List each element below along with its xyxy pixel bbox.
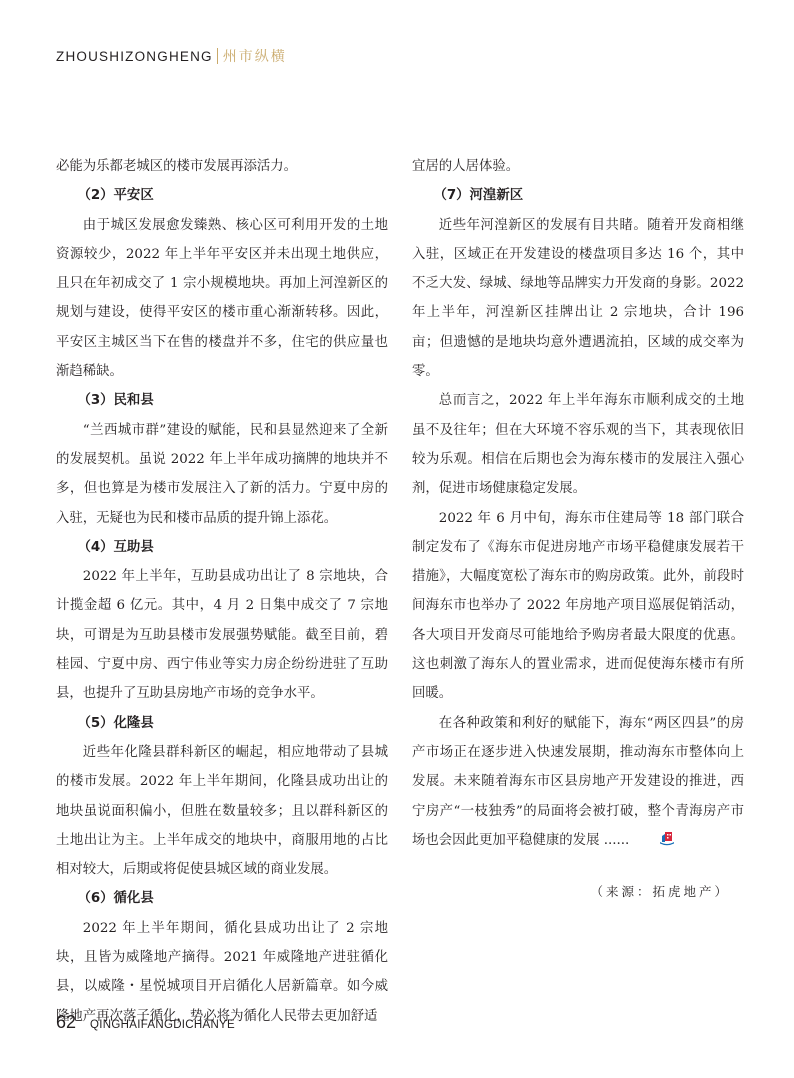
subheading-minhe: （3）民和县 bbox=[56, 386, 388, 415]
paragraph-text: 在各种政策和利好的赋能下，海东“两区四县”的房产市场正在逐步进入快速发展期，推动… bbox=[412, 716, 744, 848]
paragraph: 总而言之，2022 年上半年海东市顺利成交的土地虽不及往年；但在大环境不容乐观的… bbox=[412, 386, 744, 503]
paragraph: 2022 年 6 月中旬，海东市住建局等 18 部门联合制定发布了《海东市促进房… bbox=[412, 504, 744, 709]
subheading-xunhua: （6）循化县 bbox=[56, 884, 388, 913]
magazine-logo-icon bbox=[632, 828, 648, 844]
page-footer: 62 QINGHAIFANGDICHANYE bbox=[56, 1012, 235, 1033]
source-credit: （来源：拓虎地产） bbox=[412, 877, 744, 906]
paragraph: 宜居的人居体验。 bbox=[412, 152, 744, 181]
paragraph: 2022 年上半年，互助县成功出让了 8 宗地块，合计揽金超 6 亿元。其中，4… bbox=[56, 562, 388, 708]
subheading-huzhu: （4）互助县 bbox=[56, 533, 388, 562]
paragraph: “兰西城市群”建设的赋能，民和县显然迎来了全新的发展契机。虽说 2022 年上半… bbox=[56, 416, 388, 533]
paragraph: 近些年河湟新区的发展有目共睹。随着开发商相继入驻，区域正在开发建设的楼盘项目多达… bbox=[412, 211, 744, 387]
header-divider bbox=[217, 48, 218, 64]
left-column: 必能为乐都老城区的楼市发展再添活力。 （2）平安区 由于城区发展愈发臻熟、核心区… bbox=[56, 152, 388, 1031]
paragraph: 必能为乐都老城区的楼市发展再添活力。 bbox=[56, 152, 388, 181]
page-number: 62 bbox=[56, 1012, 76, 1033]
magazine-name: QINGHAIFANGDICHANYE bbox=[90, 1019, 235, 1031]
paragraph: 由于城区发展愈发臻熟、核心区可利用开发的土地资源较少，2022 年上半年平安区并… bbox=[56, 211, 388, 387]
paragraph-final: 在各种政策和利好的赋能下，海东“两区四县”的房产市场正在逐步进入快速发展期，推动… bbox=[412, 709, 744, 855]
right-column: 宜居的人居体验。 （7）河湟新区 近些年河湟新区的发展有目共睹。随着开发商相继入… bbox=[412, 152, 744, 906]
section-name-cn: 州市纵横 bbox=[223, 46, 287, 66]
section-name-en: ZHOUSHIZONGHENG bbox=[56, 49, 213, 64]
subheading-hualong: （5）化隆县 bbox=[56, 709, 388, 738]
paragraph: 近些年化隆县群科新区的崛起，相应地带动了县城的楼市发展。2022 年上半年期间，… bbox=[56, 738, 388, 884]
subheading-hehuang: （7）河湟新区 bbox=[412, 181, 744, 210]
running-header: ZHOUSHIZONGHENG 州市纵横 bbox=[56, 46, 287, 66]
subheading-pingan: （2）平安区 bbox=[56, 181, 388, 210]
